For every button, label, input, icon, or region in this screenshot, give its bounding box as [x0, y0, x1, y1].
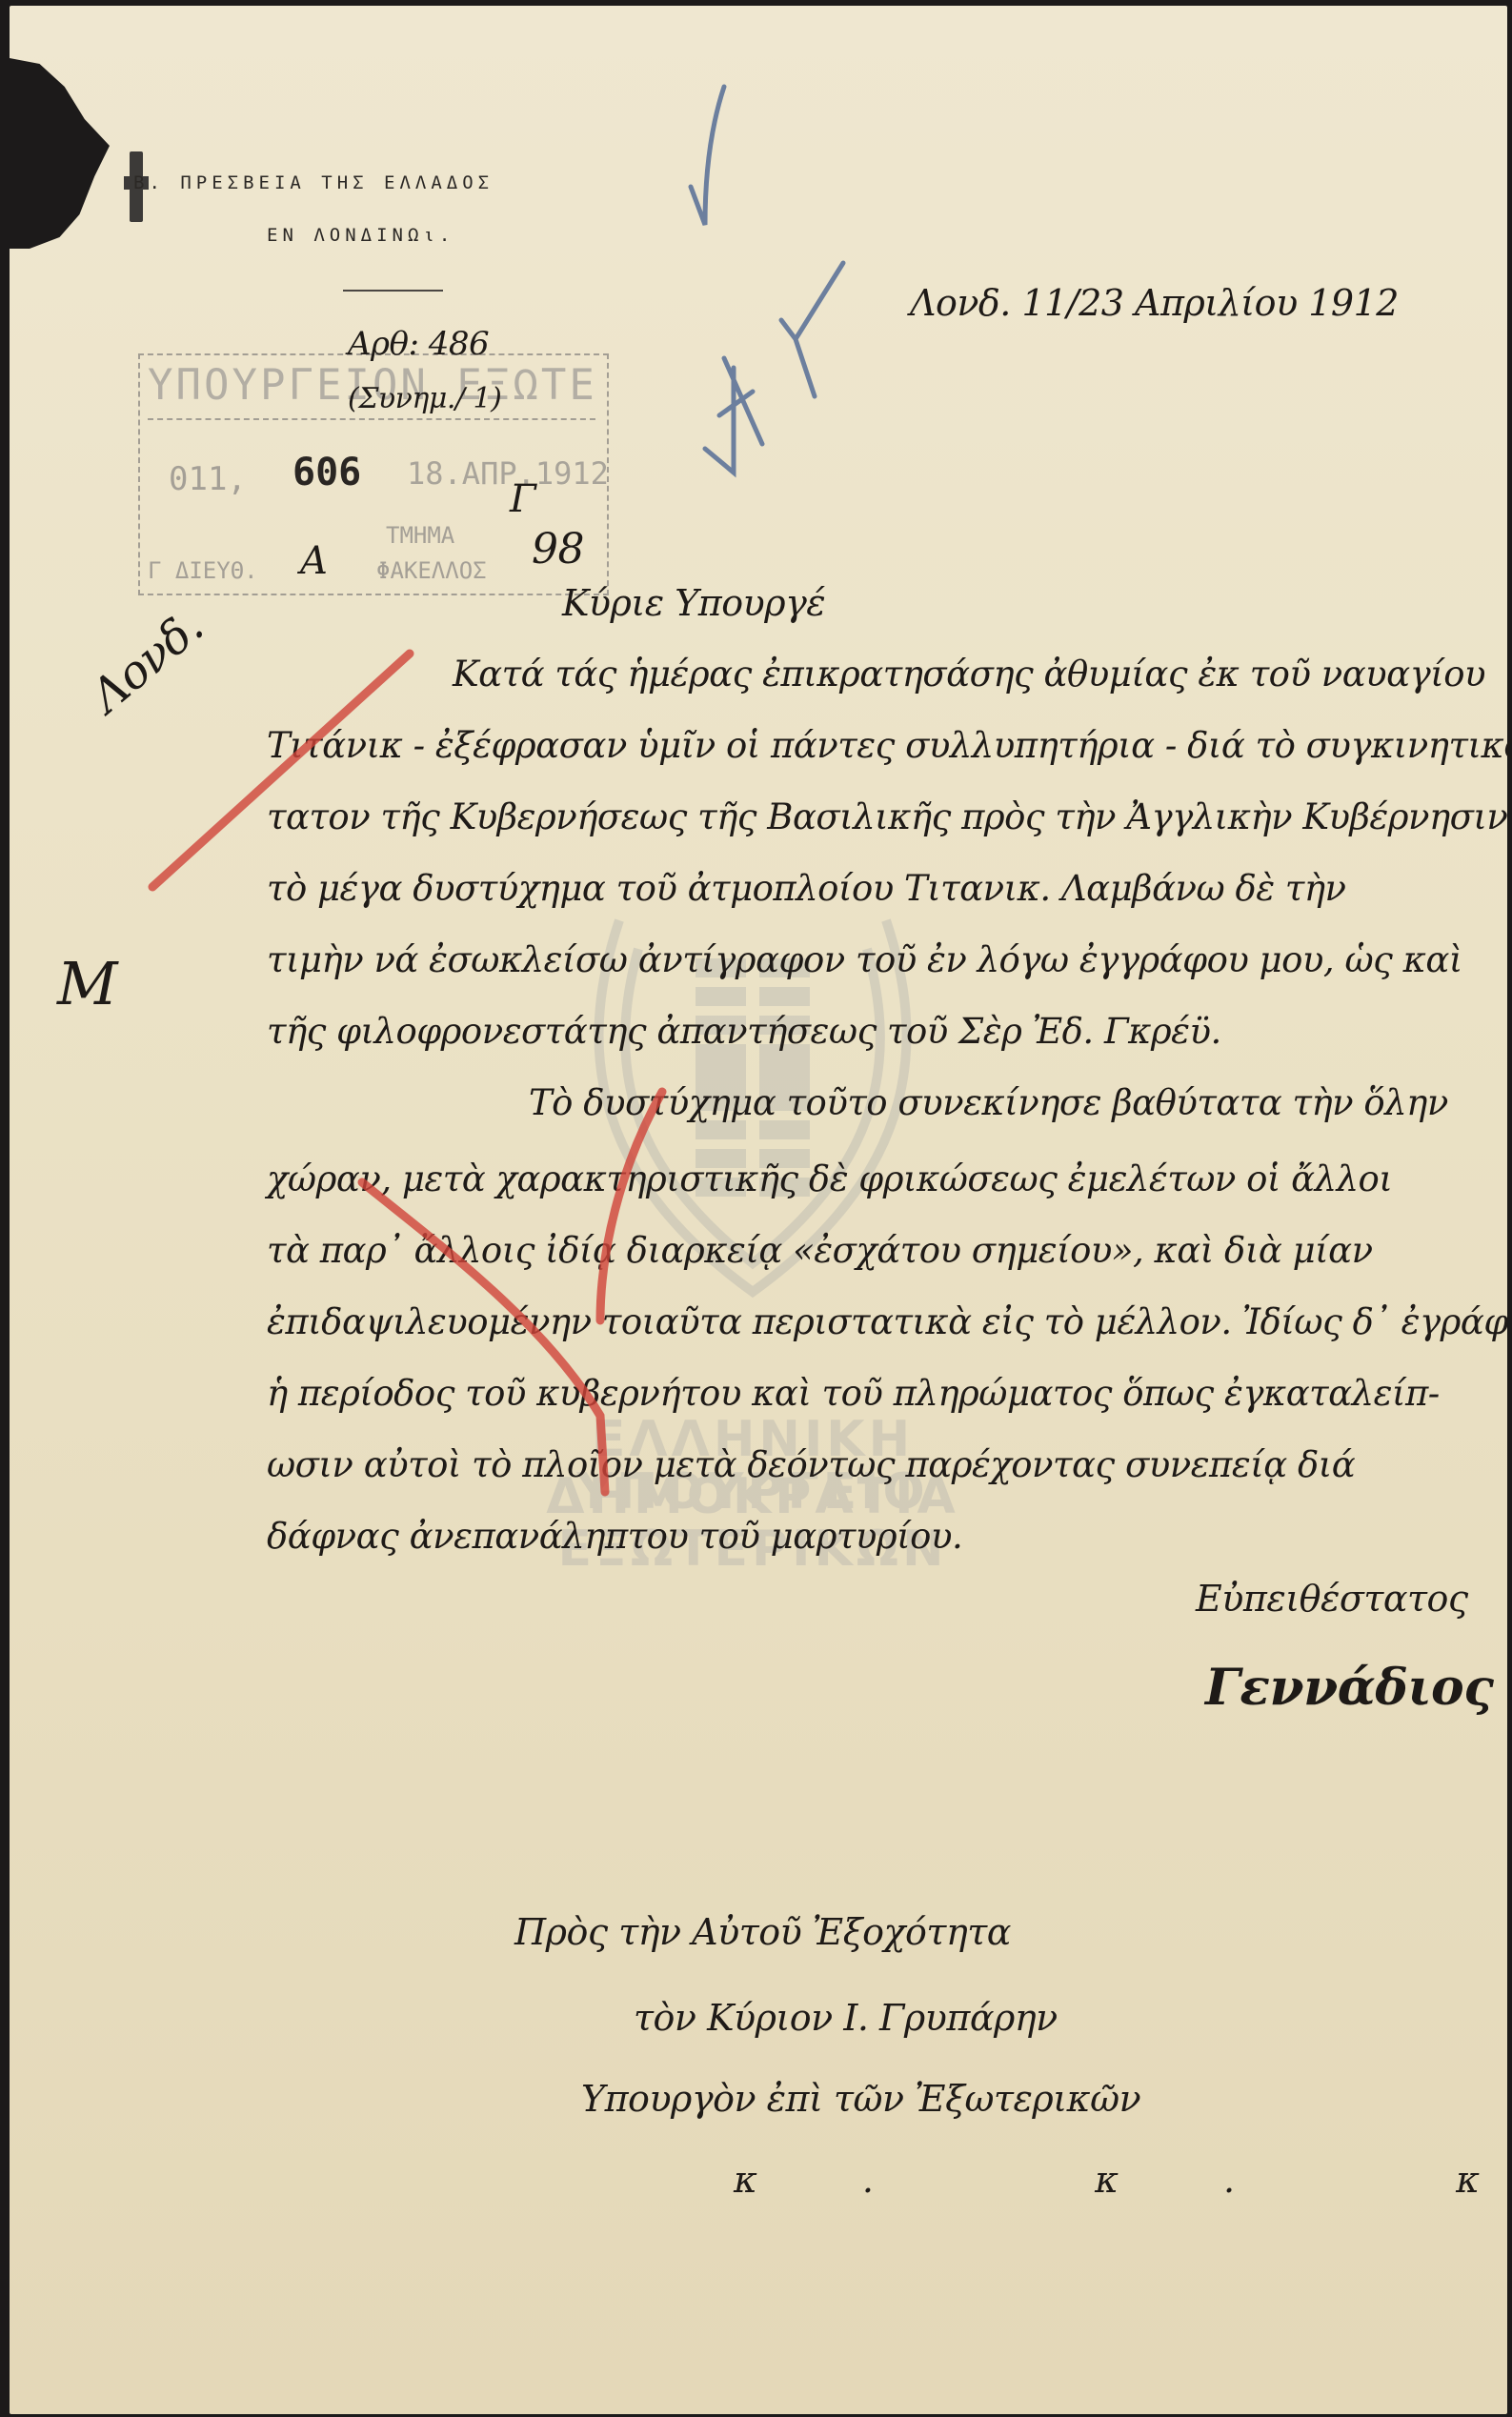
addressee-line-2: τὸν Κύριον Ι. Γρυπάρην [634, 1997, 1058, 2039]
document-page: ΕΛΛΗΝΙΚΗ ΔΗΜΟΚΡΑΤΙΑ ΥΠΟΥΡΓΕΙΟ ΕΞΩΤΕΡΙΚΩΝ… [10, 6, 1507, 2414]
closing: Εὐπειθέστατος [1196, 1578, 1468, 1620]
red-crayon-marks-icon [10, 6, 1512, 2417]
addressee-line-4: κ. κ. κ. [734, 2159, 1512, 2201]
signature: Γεννάδιος [1205, 1659, 1493, 1717]
addressee-line-1: Πρὸς τὴν Αὐτοῦ Ἐξοχότητα [514, 1911, 1011, 1953]
margin-initial: Μ [57, 949, 117, 1018]
addressee-line-3: Υπουργὸν ἐπὶ τῶν Ἐξωτερικῶν [581, 2078, 1140, 2120]
